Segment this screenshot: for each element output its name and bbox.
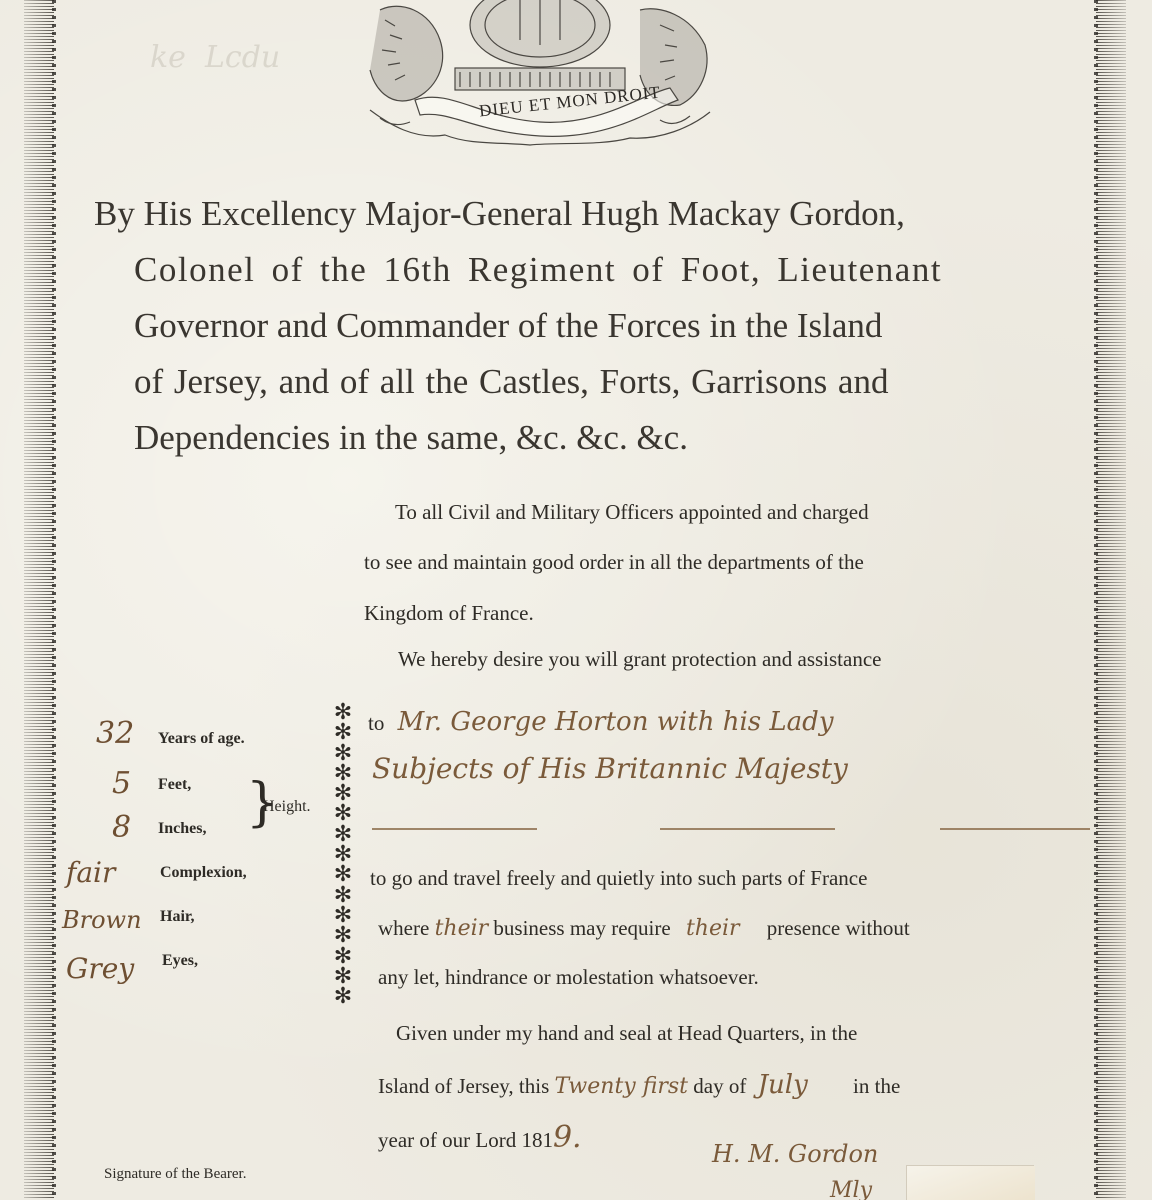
- left-ornamental-border: [24, 0, 54, 1200]
- height-label: Height.: [263, 798, 311, 816]
- their-handwritten: their: [435, 916, 489, 941]
- feet-value-handwritten: 5: [112, 766, 131, 801]
- governor-signature: H. M. Gordon: [712, 1140, 878, 1168]
- travel-line: where their business may require their p…: [378, 916, 910, 941]
- complexion-value-handwritten: fair: [66, 856, 115, 889]
- heading-line: Governor and Commander of the Forces in …: [94, 298, 1084, 354]
- age-value-handwritten: 32: [96, 716, 134, 751]
- fill-line-stroke: [940, 828, 1090, 830]
- inches-value-handwritten: 8: [112, 810, 131, 845]
- hair-label: Hair,: [160, 908, 195, 926]
- year-digit-handwritten: 9.: [553, 1120, 582, 1155]
- day-handwritten: Twenty first: [555, 1074, 689, 1099]
- address-line: To all Civil and Military Officers appoi…: [395, 500, 869, 525]
- given-line: Given under my hand and seal at Head Qua…: [396, 1021, 857, 1046]
- governor-signature-flourish: Mly: [830, 1178, 872, 1200]
- their-handwritten: their: [686, 916, 740, 941]
- text-fragment: presence without: [767, 916, 910, 940]
- text-fragment: day of: [693, 1074, 746, 1098]
- given-year-line: year of our Lord 1819.: [378, 1120, 582, 1155]
- hair-value-handwritten: Brown: [62, 906, 142, 934]
- heading-line: Colonel of the 16th Regiment of Foot, Li…: [94, 242, 1084, 298]
- month-handwritten: July: [758, 1070, 808, 1100]
- inches-label: Inches,: [158, 820, 206, 838]
- text-fragment: where: [378, 916, 429, 940]
- travel-line: to go and travel freely and quietly into…: [370, 866, 867, 891]
- heading-line: Dependencies in the same, &c. &c. &c.: [94, 410, 1084, 466]
- fill-line-stroke: [372, 828, 537, 830]
- right-ornamental-border: [1096, 0, 1126, 1200]
- fill-line-stroke: [660, 828, 835, 830]
- age-label: Years of age.: [158, 730, 245, 748]
- eyes-label: Eyes,: [162, 952, 198, 970]
- travel-line: any let, hindrance or molestation whatso…: [378, 965, 759, 990]
- text-fragment: business may require: [493, 916, 670, 940]
- bearer-signature-label: Signature of the Bearer.: [104, 1166, 246, 1183]
- proclamation-heading: By His Excellency Major-General Hugh Mac…: [94, 186, 1084, 466]
- paper-background: [0, 0, 1152, 1200]
- left-border-dots: [52, 0, 56, 1200]
- text-fragment: year of our Lord 181: [378, 1128, 553, 1152]
- address-line: Kingdom of France.: [364, 601, 534, 626]
- text-fragment: Island of Jersey, this: [378, 1074, 549, 1098]
- bearer-line: to Mr. George Horton with his Lady: [368, 707, 834, 737]
- seal-paper-patch: [907, 1166, 1035, 1200]
- heading-line: of Jersey, and of all the Castles, Forts…: [94, 354, 1084, 410]
- text-fragment: in the: [853, 1074, 900, 1098]
- complexion-label: Complexion,: [160, 864, 247, 882]
- asterisk-column-icon: ✻✻✻✻✻✻✻✻✻✻✻✻✻✻✻: [333, 702, 353, 1006]
- to-prefix: to: [368, 711, 384, 735]
- address-line: to see and maintain good order in all th…: [364, 550, 864, 575]
- heading-line: By His Excellency Major-General Hugh Mac…: [94, 186, 1084, 242]
- bearer-nationality-handwritten: Subjects of His Britannic Majesty: [372, 752, 848, 785]
- right-border-dots: [1094, 0, 1098, 1200]
- bleed-through-ink: ke Lcdu: [150, 40, 280, 75]
- asterisk-glyphs: ✻✻✻✻✻✻✻✻✻✻✻✻✻✻✻: [333, 702, 353, 1006]
- royal-coat-of-arms-icon: [360, 0, 720, 150]
- bearer-name-handwritten: Mr. George Horton with his Lady: [398, 707, 834, 737]
- request-intro: We hereby desire you will grant protecti…: [398, 647, 881, 672]
- given-date-line: Island of Jersey, this Twenty first day …: [378, 1070, 900, 1100]
- feet-label: Feet,: [158, 776, 191, 794]
- eyes-value-handwritten: Grey: [66, 952, 134, 985]
